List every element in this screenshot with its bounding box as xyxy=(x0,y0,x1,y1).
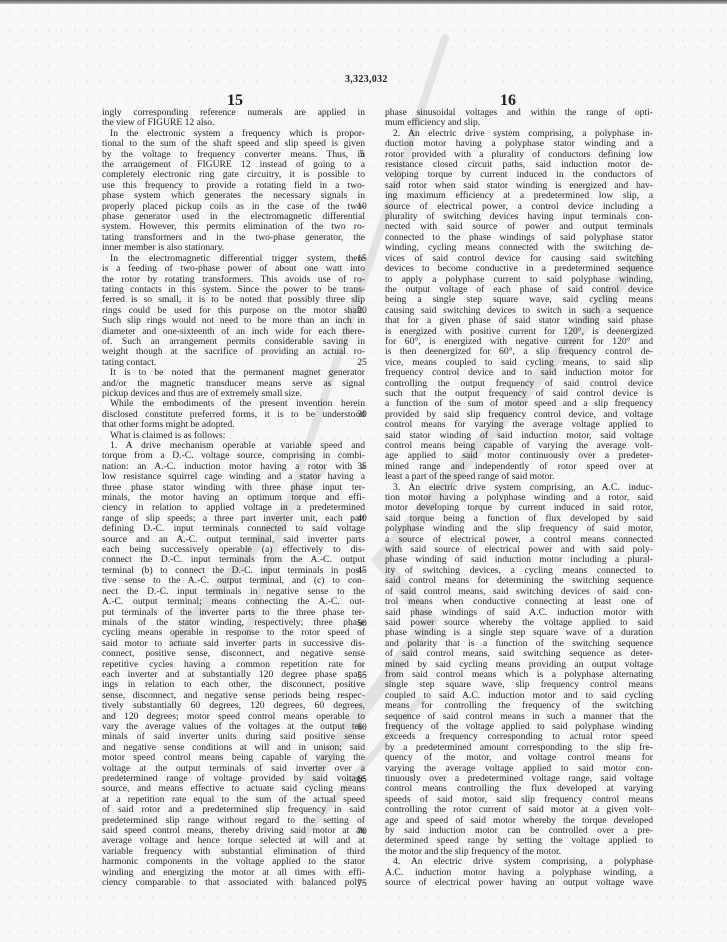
line-number: 60 xyxy=(352,723,372,733)
text-line: is a feeding of two-phase power of about… xyxy=(102,264,365,274)
line-number: 20 xyxy=(352,306,372,316)
line-number: 40 xyxy=(352,514,372,524)
line-number: 25 xyxy=(352,358,372,368)
text-line: connect, positive sense, disconnect, and… xyxy=(102,649,365,659)
text-line: that for a given phase of said stator wi… xyxy=(385,316,653,326)
line-number: 15 xyxy=(352,254,372,264)
line-number: 55 xyxy=(352,671,372,681)
text-line: ciency comparable to that associated wit… xyxy=(102,878,365,888)
text-line: means for controlling the frequency of t… xyxy=(385,701,653,711)
text-line: devices to become conductive in a predet… xyxy=(385,264,653,274)
patent-number: 3,323,032 xyxy=(345,74,388,85)
line-number: 35 xyxy=(352,462,372,472)
line-number: 50 xyxy=(352,619,372,629)
text-line: tively substantially 60 degrees, 120 deg… xyxy=(102,701,365,711)
line-number: 75 xyxy=(352,879,372,889)
text-line: of said control means, said switching se… xyxy=(385,649,653,659)
text-line: It is to be noted that the permanent mag… xyxy=(102,368,365,378)
line-number: 5 xyxy=(352,150,372,160)
text-line: source of electrical power having an out… xyxy=(385,878,653,888)
text-line: trol means when conductive connecting at… xyxy=(385,597,653,607)
left-text-column: ingly corresponding reference numerals a… xyxy=(102,108,365,888)
line-number: 45 xyxy=(352,566,372,576)
line-number: 65 xyxy=(352,775,372,785)
scan-top-edge xyxy=(0,0,727,4)
text-line: Such slip rings would not need to be mor… xyxy=(102,316,365,326)
text-line: frequency control device and to said ind… xyxy=(385,368,653,378)
text-line: A.-C. output terminal; means connecting … xyxy=(102,597,365,607)
right-text-column: phase sinusoidal voltages and within the… xyxy=(385,108,653,888)
line-number: 10 xyxy=(352,202,372,212)
line-number: 30 xyxy=(352,410,372,420)
line-number: 70 xyxy=(352,827,372,837)
